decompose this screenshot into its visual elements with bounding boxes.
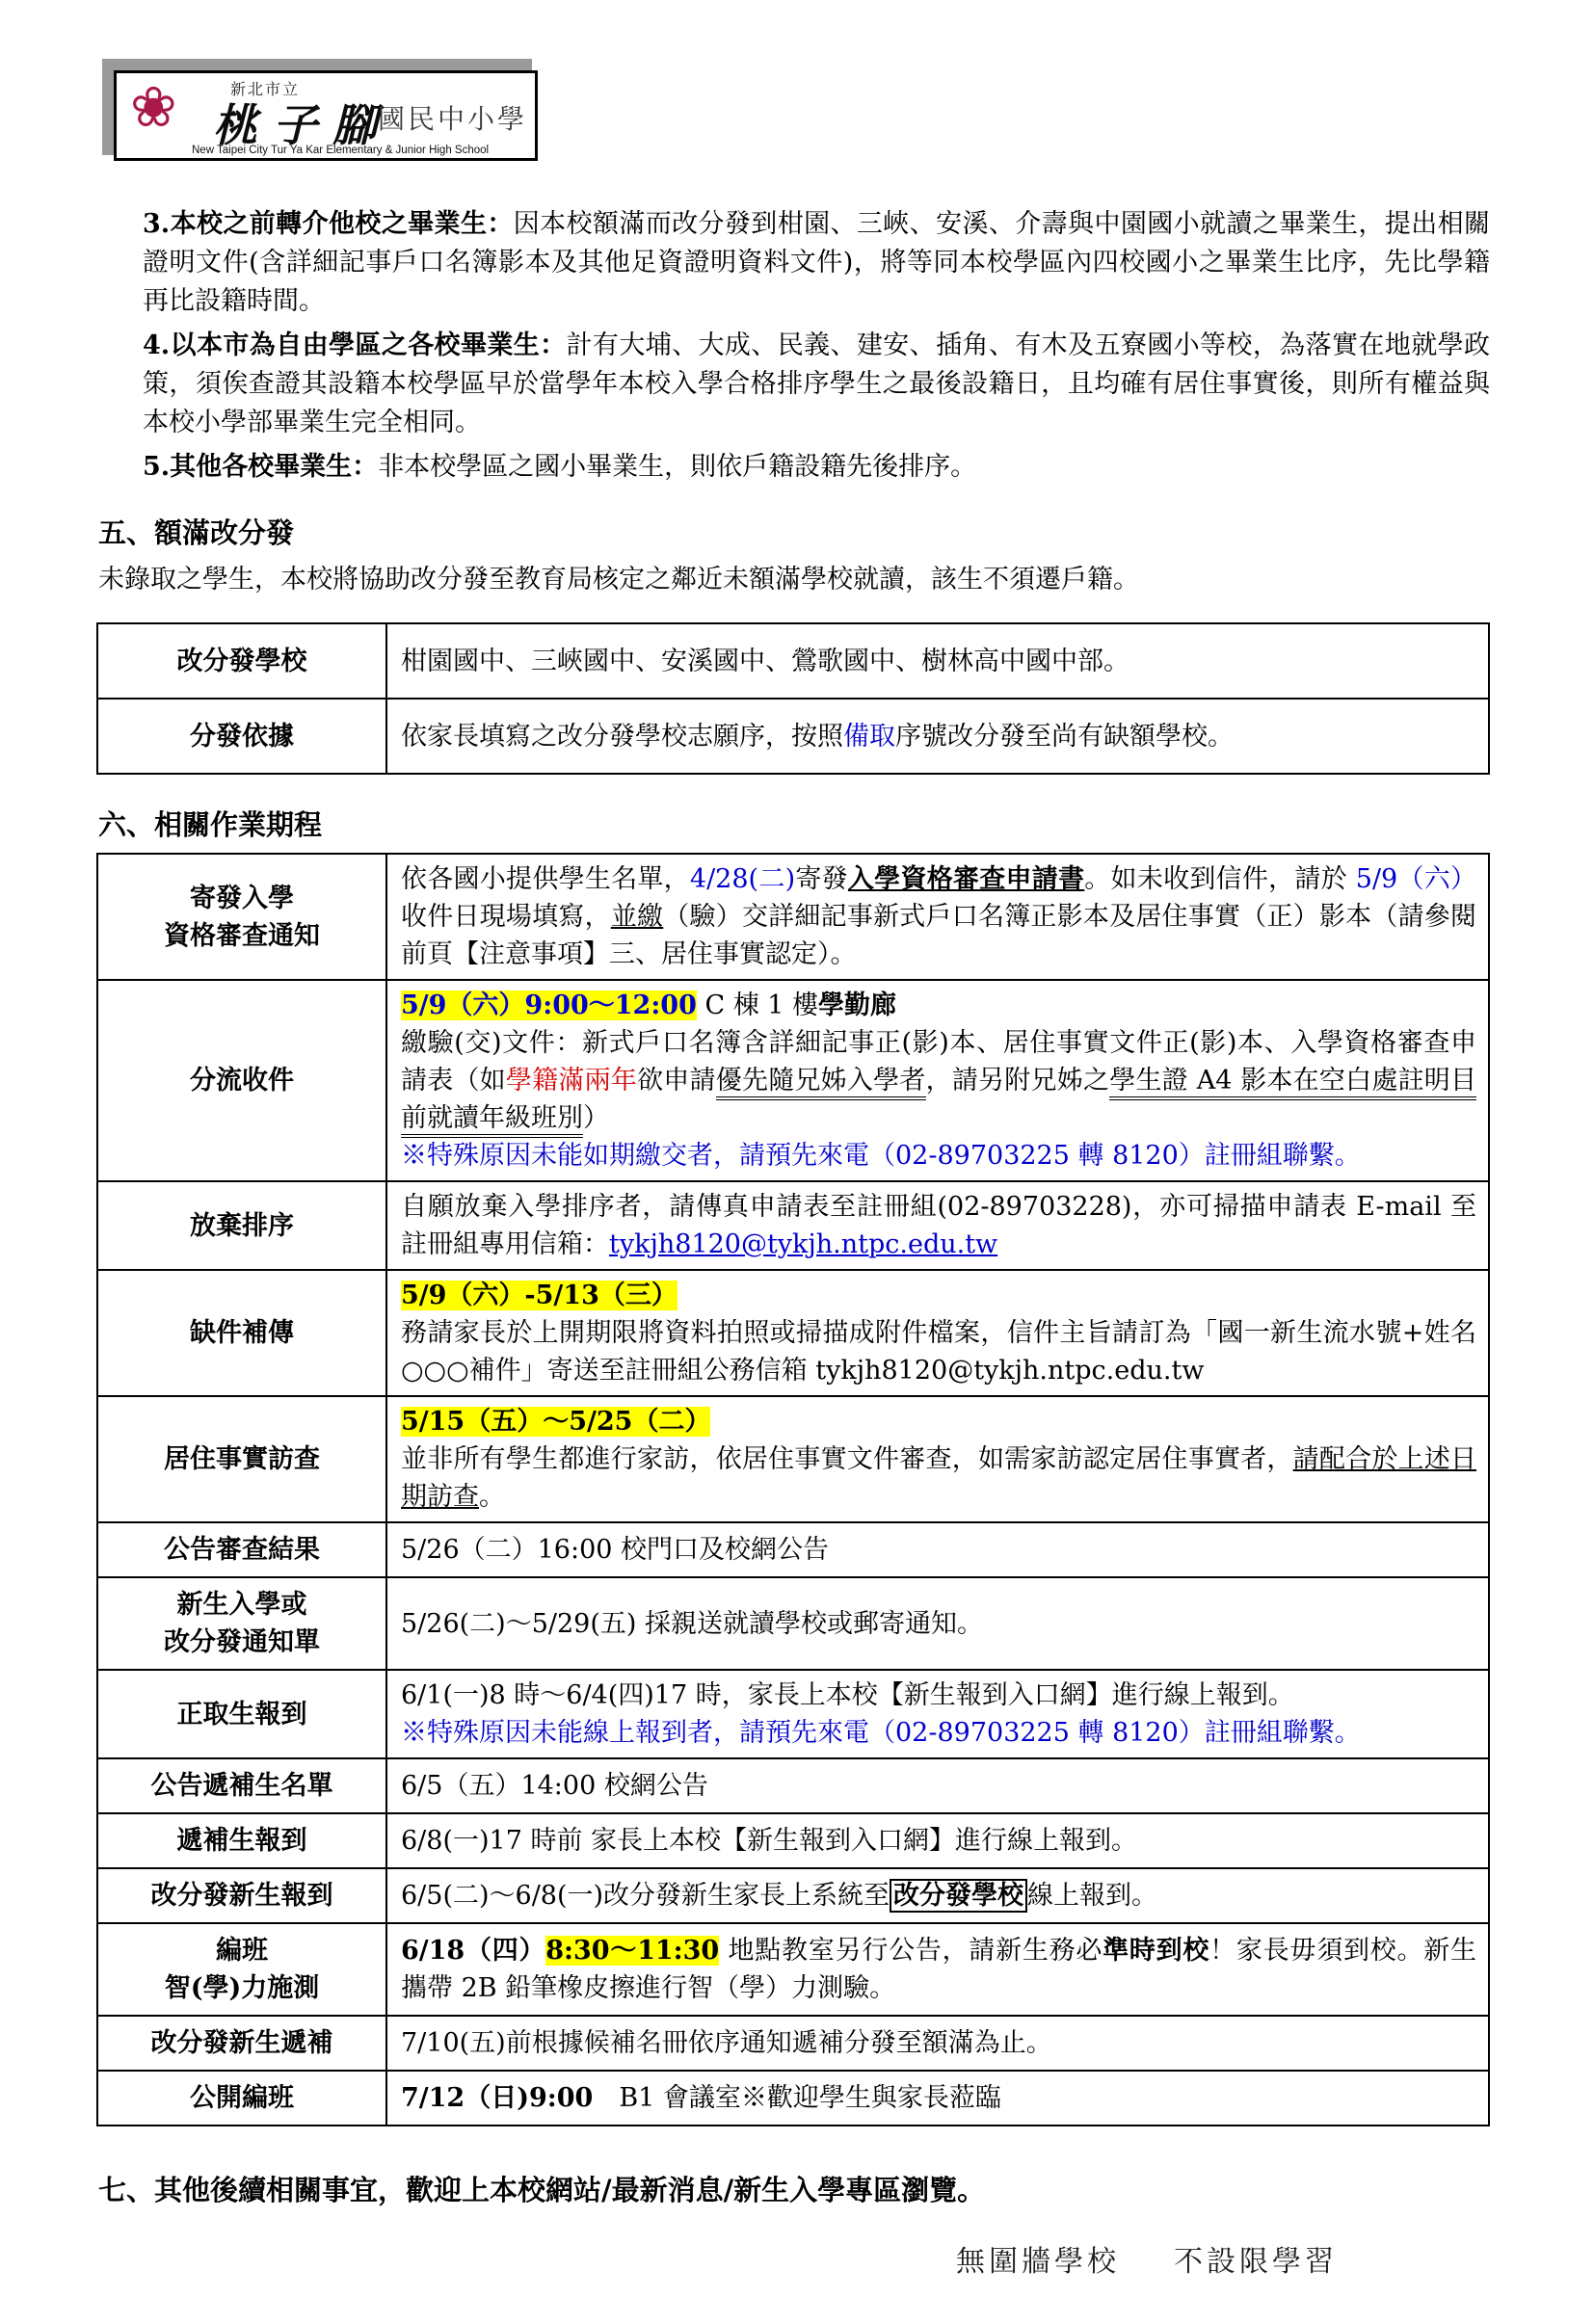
text-segment: 5/9（六）-5/13（三） [401, 1281, 677, 1310]
text-segment: 7/10(五)前根據候補名冊依序通知遞補分發至額滿為止。 [401, 2028, 1052, 2058]
table-row: 分流收件5/9（六）9:00～12:00 C 棟 1 樓學勤廊繳驗(交)文件：新… [97, 980, 1489, 1181]
text-segment: 5/26(二)～5/29(五) 採親送就讀學校或郵寄通知。 [401, 1609, 983, 1639]
content-line: 6/1(一)8 時～6/4(四)17 時，家長上本校【新生報到入口網】進行線上報… [401, 1677, 1476, 1714]
text-segment: 5/9（六） [1356, 864, 1476, 894]
text-segment: 備取 [843, 722, 895, 752]
schedule-table: 寄發入學資格審查通知依各國小提供學生名單，4/28(二)寄發入學資格審查申請書。… [96, 853, 1490, 2126]
text-segment: 線上報到。 [1027, 1881, 1157, 1911]
logo-school-type: 國民中小學 [378, 98, 527, 137]
content-line: 6/5(二)～6/8(一)改分發新生家長上系統至改分發學校線上報到。 [401, 1877, 1476, 1915]
footer-slogan-right: 不設限學習 [1174, 2246, 1338, 2278]
text-segment: 4/28(二) [690, 864, 795, 894]
content-line: 7/10(五)前根據候補名冊依序通知遞補分發至額滿為止。 [401, 2024, 1476, 2062]
text-segment: 。如未收到信件，請於 [1084, 864, 1355, 894]
table-row: 寄發入學資格審查通知依各國小提供學生名單，4/28(二)寄發入學資格審查申請書。… [97, 854, 1489, 980]
row-content: 5/9（六）-5/13（三）務請家長於上開期限將資料拍照或掃描成附件檔案，信件主… [386, 1270, 1489, 1396]
content-line: 依各國小提供學生名單，4/28(二)寄發入學資格審查申請書。如未收到信件，請於 … [401, 860, 1476, 973]
table-row: 缺件補傳5/9（六）-5/13（三）務請家長於上開期限將資料拍照或掃描成附件檔案… [97, 1270, 1489, 1396]
text-segment: 入學資格審查申請書 [848, 864, 1084, 894]
content-line: 6/5（五）14:00 校網公告 [401, 1767, 1476, 1805]
section5-body: 未錄取之學生，本校將協助改分發至教育局核定之鄰近未額滿學校就讀，該生不須遷戶籍。 [98, 561, 1490, 599]
row-label: 分發依據 [97, 699, 386, 774]
intro-paragraph-4: 4.以本市為自由學區之各校畢業生：計有大埔、大成、民義、建安、插角、有木及五寮國… [96, 327, 1490, 442]
document-page: ❀ 新北市立 桃子腳 國民中小學 New Taipei City Tur Ya … [0, 0, 1594, 2324]
paragraph-lead: 3.本校之前轉介他校之畢業生： [143, 209, 514, 239]
text-segment: 6/8(一)17 時前 家長上本校【新生報到入口網】進行線上報到。 [401, 1826, 1137, 1856]
row-content: 7/12（日)9:00 B1 會議室※歡迎學生與家長蒞臨 [386, 2071, 1489, 2126]
row-label: 分流收件 [97, 980, 386, 1181]
text-segment: 學勤廊 [818, 990, 896, 1020]
paragraph-lead: 5.其他各校畢業生： [143, 452, 378, 482]
row-content: 柑園國中、三峽國中、安溪國中、鶯歌國中、樹林高中國中部。 [386, 623, 1489, 699]
content-line: 6/8(一)17 時前 家長上本校【新生報到入口網】進行線上報到。 [401, 1822, 1476, 1860]
intro-section: 3.本校之前轉介他校之畢業生：因本校額滿而改分發到柑園、三峽、安溪、介壽與中園國… [96, 205, 1490, 487]
text-segment: ） [583, 1103, 609, 1133]
row-label: 公告遞補生名單 [97, 1758, 386, 1813]
row-content: 6/8(一)17 時前 家長上本校【新生報到入口網】進行線上報到。 [386, 1813, 1489, 1868]
content-line: ※特殊原因未能線上報到者，請預先來電（02-89703225 轉 8120）註冊… [401, 1714, 1476, 1752]
text-segment: 。 [479, 1482, 505, 1512]
table-row: 新生入學或改分發通知單5/26(二)～5/29(五) 採親送就讀學校或郵寄通知。 [97, 1577, 1489, 1670]
row-content: 5/26(二)～5/29(五) 採親送就讀學校或郵寄通知。 [386, 1577, 1489, 1670]
text-segment: 柑園國中、三峽國中、安溪國中、鶯歌國中、樹林高中國中部。 [401, 647, 1129, 676]
content-line: ※特殊原因未能如期繳交者，請預先來電（02-89703225 轉 8120）註冊… [401, 1137, 1476, 1175]
text-segment: 準時到校 [1103, 1936, 1209, 1966]
row-label: 遞補生報到 [97, 1813, 386, 1868]
row-label: 公告審查結果 [97, 1522, 386, 1577]
footer-slogan: 無圍牆學校不設限學習 [956, 2237, 1338, 2280]
text-segment: 並繳 [611, 902, 663, 932]
row-label: 改分發學校 [97, 623, 386, 699]
paragraph-lead: 4.以本市為自由學區之各校畢業生： [143, 330, 567, 360]
section5-heading: 五、額滿改分發 [98, 512, 1490, 551]
text-segment: C 棟 1 樓 [697, 990, 818, 1020]
text-segment: 6/1(一)8 時～6/4(四)17 時，家長上本校【新生報到入口網】進行線上報… [401, 1680, 1294, 1710]
row-label: 缺件補傳 [97, 1270, 386, 1396]
row-label: 改分發新生報到 [97, 1868, 386, 1923]
row-label: 放棄排序 [97, 1181, 386, 1270]
content-line: 繳驗(交)文件：新式戶口名簿含詳細記事正(影)本、居住事實文件正(影)本、入學資… [401, 1024, 1476, 1137]
text-segment: 收件日現場填寫， [401, 902, 611, 932]
content-line: 5/9（六）-5/13（三） [401, 1277, 1476, 1314]
table-row: 公開編班7/12（日)9:00 B1 會議室※歡迎學生與家長蒞臨 [97, 2071, 1489, 2126]
text-segment: ※特殊原因未能線上報到者，請預先來電（02-89703225 轉 8120）註冊… [401, 1718, 1361, 1748]
table-row: 遞補生報到6/8(一)17 時前 家長上本校【新生報到入口網】進行線上報到。 [97, 1813, 1489, 1868]
table-row: 改分發學校柑園國中、三峽國中、安溪國中、鶯歌國中、樹林高中國中部。 [97, 623, 1489, 699]
rose-icon: ❀ [130, 79, 177, 135]
row-content: 5/26（二）16:00 校門口及校網公告 [386, 1522, 1489, 1577]
logo-box: ❀ 新北市立 桃子腳 國民中小學 New Taipei City Tur Ya … [114, 70, 538, 161]
table-row: 分發依據依家長填寫之改分發學校志願序，按照備取序號改分發至尚有缺額學校。 [97, 699, 1489, 774]
row-label: 寄發入學資格審查通知 [97, 854, 386, 980]
text-segment: 並非所有學生都進行家訪，依居住事實文件審查，如需家訪認定居住事實者， [401, 1444, 1293, 1474]
text-segment: 8:30～11:30 [545, 1936, 719, 1966]
content-line: 5/26（二）16:00 校門口及校網公告 [401, 1531, 1476, 1569]
content-line: 6/18（四）8:30～11:30 地點教室另行公告，請新生務必準時到校！家長毋… [401, 1932, 1476, 2007]
content-line: 5/15（五）～5/25（二） [401, 1403, 1476, 1440]
footer-slogan-left: 無圍牆學校 [956, 2246, 1120, 2278]
row-label: 正取生報到 [97, 1670, 386, 1758]
text-segment: 改分發學校 [890, 1879, 1027, 1913]
content-line: 務請家長於上開期限將資料拍照或掃描成附件檔案，信件主旨請訂為「國一新生流水號+姓… [401, 1314, 1476, 1389]
school-logo: ❀ 新北市立 桃子腳 國民中小學 New Taipei City Tur Ya … [102, 59, 555, 172]
text-segment: 7/12（日)9:00 [401, 2083, 593, 2113]
row-content: 6/5(二)～6/8(一)改分發新生家長上系統至改分發學校線上報到。 [386, 1868, 1489, 1923]
content-line: 依家長填寫之改分發學校志願序，按照備取序號改分發至尚有缺額學校。 [401, 718, 1476, 755]
row-label: 公開編班 [97, 2071, 386, 2126]
table-row: 公告遞補生名單6/5（五）14:00 校網公告 [97, 1758, 1489, 1813]
text-segment: 依各國小提供學生名單， [401, 864, 690, 894]
row-content: 6/5（五）14:00 校網公告 [386, 1758, 1489, 1813]
text-segment: ，請另附兄姊之 [926, 1066, 1110, 1096]
row-content: 7/10(五)前根據候補名冊依序通知遞補分發至額滿為止。 [386, 2016, 1489, 2071]
table-row: 改分發新生遞補7/10(五)前根據候補名冊依序通知遞補分發至額滿為止。 [97, 2016, 1489, 2071]
row-label: 居住事實訪查 [97, 1396, 386, 1522]
content-line: 7/12（日)9:00 B1 會議室※歡迎學生與家長蒞臨 [401, 2079, 1476, 2117]
intro-paragraph-5: 5.其他各校畢業生：非本校學區之國小畢業生，則依戶籍設籍先後排序。 [96, 448, 1490, 487]
text-segment: 寄發 [795, 864, 848, 894]
table-row: 編班智(學)力施測6/18（四）8:30～11:30 地點教室另行公告，請新生務… [97, 1923, 1489, 2016]
text-segment: ※特殊原因未能如期繳交者，請預先來電（02-89703225 轉 8120）註冊… [401, 1141, 1361, 1171]
text-segment: 6/5（五）14:00 校網公告 [401, 1771, 708, 1801]
row-content: 依家長填寫之改分發學校志願序，按照備取序號改分發至尚有缺額學校。 [386, 699, 1489, 774]
content-line: 5/26(二)～5/29(五) 採親送就讀學校或郵寄通知。 [401, 1605, 1476, 1643]
row-label: 新生入學或改分發通知單 [97, 1577, 386, 1670]
content-line: 並非所有學生都進行家訪，依居住事實文件審查，如需家訪認定居住事實者，請配合於上述… [401, 1440, 1476, 1516]
table-row: 改分發新生報到6/5(二)～6/8(一)改分發新生家長上系統至改分發學校線上報到… [97, 1868, 1489, 1923]
text-segment: 依家長填寫之改分發學校志願序，按照 [401, 722, 843, 752]
section6-heading: 六、相關作業期程 [98, 804, 1490, 843]
row-content: 依各國小提供學生名單，4/28(二)寄發入學資格審查申請書。如未收到信件，請於 … [386, 854, 1489, 980]
row-label: 編班智(學)力施測 [97, 1923, 386, 2016]
content-line: 5/9（六）9:00～12:00 C 棟 1 樓學勤廊 [401, 987, 1476, 1024]
section7-heading: 七、其他後續相關事宜，歡迎上本校網站/最新消息/新生入學專區瀏覽。 [98, 2169, 1490, 2208]
text-segment: 務請家長於上開期限將資料拍照或掃描成附件檔案，信件主旨請訂為「國一新生流水號+姓… [401, 1318, 1476, 1386]
redistribution-table: 改分發學校柑園國中、三峽國中、安溪國中、鶯歌國中、樹林高中國中部。分發依據依家長… [96, 622, 1490, 775]
text-segment: 6/5(二)～6/8(一)改分發新生家長上系統至 [401, 1881, 890, 1911]
row-label: 改分發新生遞補 [97, 2016, 386, 2071]
text-segment: 學籍滿兩年 [506, 1066, 637, 1096]
text-segment: 6/18（四） [401, 1936, 545, 1966]
table-row: 居住事實訪查5/15（五）～5/25（二）並非所有學生都進行家訪，依居住事實文件… [97, 1396, 1489, 1522]
text-segment: 序號改分發至尚有缺額學校。 [895, 722, 1234, 752]
row-content: 6/1(一)8 時～6/4(四)17 時，家長上本校【新生報到入口網】進行線上報… [386, 1670, 1489, 1758]
paragraph-body: 非本校學區之國小畢業生，則依戶籍設籍先後排序。 [378, 452, 976, 482]
intro-paragraph-3: 3.本校之前轉介他校之畢業生：因本校額滿而改分發到柑園、三峽、安溪、介壽與中園國… [96, 205, 1490, 321]
text-segment: 5/9（六）9:00～12:00 [401, 990, 697, 1020]
text-segment: 5/26（二）16:00 校門口及校網公告 [401, 1535, 829, 1565]
row-content: 6/18（四）8:30～11:30 地點教室另行公告，請新生務必準時到校！家長毋… [386, 1923, 1489, 2016]
content-line: 自願放棄入學排序者，請傳真申請表至註冊組(02-89703228)，亦可掃描申請… [401, 1188, 1476, 1263]
table-row: 正取生報到6/1(一)8 時～6/4(四)17 時，家長上本校【新生報到入口網】… [97, 1670, 1489, 1758]
text-segment: 5/15（五）～5/25（二） [401, 1407, 710, 1437]
content-line: 柑園國中、三峽國中、安溪國中、鶯歌國中、樹林高中國中部。 [401, 643, 1476, 680]
text-segment: B1 會議室※歡迎學生與家長蒞臨 [593, 2083, 1001, 2113]
text-segment: 欲申請 [637, 1066, 716, 1096]
email-link[interactable]: tykjh8120@tykjh.ntpc.edu.tw [609, 1229, 997, 1259]
row-content: 自願放棄入學排序者，請傳真申請表至註冊組(02-89703228)，亦可掃描申請… [386, 1181, 1489, 1270]
table-row: 放棄排序自願放棄入學排序者，請傳真申請表至註冊組(02-89703228)，亦可… [97, 1181, 1489, 1270]
row-content: 5/9（六）9:00～12:00 C 棟 1 樓學勤廊繳驗(交)文件：新式戶口名… [386, 980, 1489, 1181]
text-segment: 地點教室另行公告，請新生務必 [719, 1936, 1103, 1966]
table-row: 公告審查結果5/26（二）16:00 校門口及校網公告 [97, 1522, 1489, 1577]
row-content: 5/15（五）～5/25（二）並非所有學生都進行家訪，依居住事實文件審查，如需家… [386, 1396, 1489, 1522]
logo-english-name: New Taipei City Tur Ya Kar Elementary & … [192, 145, 489, 156]
text-segment: 優先隨兄姊入學者 [716, 1066, 926, 1100]
